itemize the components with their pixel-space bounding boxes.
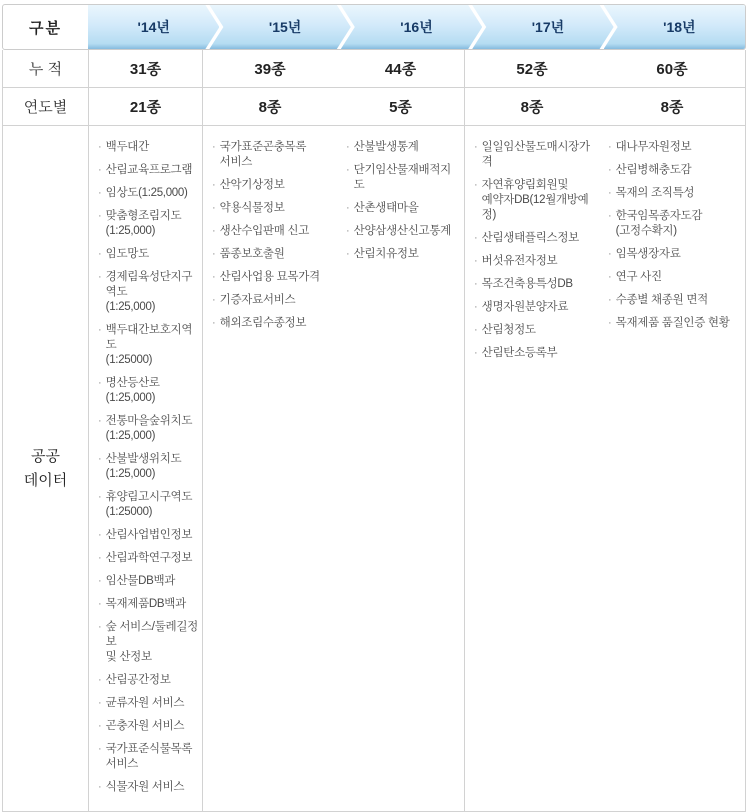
year-chevron-band: '14년'15년'16년'17년'18년 (88, 5, 745, 49)
list-item-text: 대나무자원정보 (616, 140, 692, 155)
list-item: ·수종별 채종원 면적 (608, 293, 741, 308)
list-item-text: 산림사업법인정보 (106, 528, 192, 543)
category-header-label: 구분 (29, 17, 62, 38)
bullet-icon: · (98, 490, 102, 505)
list-item-text: 산불발생위치도 (1:25,000) (106, 452, 182, 482)
list-item-text: 연구 사진 (616, 270, 662, 285)
list-item-text: 산림사업용 묘목가격 (220, 270, 320, 285)
bullet-icon: · (212, 201, 216, 216)
bullet-icon: · (212, 247, 216, 262)
list-item: ·산림치유정보 (346, 247, 460, 262)
yearly-value: 8종 (465, 88, 599, 125)
bullet-icon: · (98, 247, 102, 262)
yearly-value: 5종 (337, 88, 465, 125)
data-column-15: ·국가표준곤충목록 서비스·산악기상정보·약용식물정보·생산수입판매 신고·품종… (203, 126, 337, 811)
bullet-icon: · (98, 528, 102, 543)
bullet-icon: · (98, 186, 102, 201)
bullet-icon: · (346, 201, 350, 216)
bullet-icon: · (346, 224, 350, 239)
list-item-text: 식물자원 서비스 (106, 780, 185, 795)
cumulative-label: 누 적 (3, 50, 89, 87)
bullet-icon: · (98, 270, 102, 285)
bullet-icon: · (474, 300, 478, 315)
list-item-text: 산양삼생산신고통계 (354, 224, 451, 239)
public-data-row: 공공 데이터 ·백두대간·산림교육프로그램·임상도(1:25,000)·맞춤형조… (3, 125, 745, 811)
list-item-text: 산촌생태마을 (354, 201, 419, 216)
yearly-value: 21종 (89, 88, 203, 125)
list-item: ·식물자원 서비스 (98, 780, 198, 795)
list-item-text: 목조건축용특성DB (482, 277, 573, 292)
data-column-14: ·백두대간·산림교육프로그램·임상도(1:25,000)·맞춤형조림지도 (1:… (89, 126, 203, 811)
list-item-text: 명산등산로 (1:25,000) (106, 376, 160, 406)
header-row: 구분 '14년'15년'16년'17년'18년 (2, 4, 746, 50)
list-item: ·명산등산로 (1:25,000) (98, 376, 198, 406)
list-item: ·목재제품 품질인증 현황 (608, 316, 741, 331)
bullet-icon: · (608, 293, 612, 308)
list-item-text: 수종별 채종원 면적 (616, 293, 708, 308)
list-item: ·백두대간보호지역도 (1:25000) (98, 323, 198, 368)
yearly-row: 연도별 21종8종5종8종8종 (3, 87, 745, 125)
list-item: ·산림생태플릭스정보 (474, 231, 595, 246)
bullet-icon: · (474, 140, 478, 155)
bullet-icon: · (474, 346, 478, 361)
list-item: ·산양삼생산신고통계 (346, 224, 460, 239)
cumulative-value: 39종 (203, 50, 337, 87)
list-item: ·산악기상정보 (212, 178, 333, 193)
list-item-text: 단기임산물재배적지도 (354, 163, 460, 193)
list-item-text: 목재제품DB백과 (106, 597, 186, 612)
list-item: ·자연휴양림회원및 예약자DB(12월개방예정) (474, 178, 595, 223)
bullet-icon: · (346, 247, 350, 262)
bullet-icon: · (608, 186, 612, 201)
list-item: ·기증자료서비스 (212, 293, 333, 308)
list-item-text: 임도망도 (106, 247, 149, 262)
list-item: ·임산물DB백과 (98, 574, 198, 589)
data-column-17: ·일일임산물도매시장가격·자연휴양림회원및 예약자DB(12월개방예정)·산림생… (465, 126, 599, 811)
list-item: ·균류자원 서비스 (98, 696, 198, 711)
list-item: ·산림공간정보 (98, 673, 198, 688)
bullet-icon: · (212, 178, 216, 193)
list-item: ·연구 사진 (608, 270, 741, 285)
bullet-icon: · (608, 316, 612, 331)
list-item: ·산불발생위치도 (1:25,000) (98, 452, 198, 482)
list-item: ·숲 서비스/둘레길정보 및 산정보 (98, 620, 198, 665)
list-item-text: 백두대간 (106, 140, 149, 155)
list-item-text: 약용식물정보 (220, 201, 285, 216)
bullet-icon: · (346, 163, 350, 178)
list-item-text: 자연휴양림회원및 예약자DB(12월개방예정) (482, 178, 595, 223)
list-item: ·약용식물정보 (212, 201, 333, 216)
data-table: 누 적 31종39종44종52종60종 연도별 21종8종5종8종8종 공공 데… (2, 50, 746, 812)
bullet-icon: · (98, 414, 102, 429)
list-item-text: 품종보호출원 (220, 247, 285, 262)
bullet-icon: · (98, 140, 102, 155)
list-item-text: 산림치유정보 (354, 247, 419, 262)
list-item: ·산림사업용 묘목가격 (212, 270, 333, 285)
year-chevron: '14년 (88, 5, 219, 49)
list-item-text: 국가표준곤충목록 서비스 (220, 140, 306, 170)
list-item: ·목재제품DB백과 (98, 597, 198, 612)
list-item: ·임도망도 (98, 247, 198, 262)
list-item-text: 일일임산물도매시장가격 (482, 140, 595, 170)
list-item-text: 생산수입판매 신고 (220, 224, 309, 239)
bullet-icon: · (608, 209, 612, 224)
list-item-text: 임산물DB백과 (106, 574, 175, 589)
list-item: ·해외조림수종정보 (212, 316, 333, 331)
list-item-text: 임상도(1:25,000) (106, 186, 188, 201)
cumulative-value: 31종 (89, 50, 203, 87)
list-item: ·경제림육성단지구역도 (1:25,000) (98, 270, 198, 315)
list-item: ·한국임목종자도감 (고정수확지) (608, 209, 741, 239)
public-data-board: 구분 '14년'15년'16년'17년'18년 누 적 31종39종44종52종… (2, 4, 746, 812)
cumulative-row: 누 적 31종39종44종52종60종 (3, 50, 745, 87)
list-item-text: 산불발생통계 (354, 140, 419, 155)
bullet-icon: · (474, 254, 478, 269)
cumulative-value: 60종 (599, 50, 745, 87)
list-item: ·곤충자원 서비스 (98, 719, 198, 734)
bullet-icon: · (98, 574, 102, 589)
list-item-text: 산림교육프로그램 (106, 163, 192, 178)
list-item-text: 전통마을숲위치도 (1:25,000) (106, 414, 192, 444)
bullet-icon: · (212, 293, 216, 308)
list-item-text: 임목생장자료 (616, 247, 681, 262)
list-item: ·휴양림고시구역도 (1:25000) (98, 490, 198, 520)
bullet-icon: · (98, 551, 102, 566)
list-item-text: 곤충자원 서비스 (106, 719, 185, 734)
list-item: ·생명자원분양자료 (474, 300, 595, 315)
list-item-text: 해외조림수종정보 (220, 316, 306, 331)
list-item: ·버섯유전자정보 (474, 254, 595, 269)
bullet-icon: · (608, 270, 612, 285)
list-item-text: 한국임목종자도감 (고정수확지) (616, 209, 702, 239)
list-item-text: 생명자원분양자료 (482, 300, 568, 315)
bullet-icon: · (98, 452, 102, 467)
list-item-text: 산림병해충도감 (616, 163, 692, 178)
list-item-text: 산림청정도 (482, 323, 536, 338)
bullet-icon: · (98, 696, 102, 711)
list-item-text: 목재의 조직특성 (616, 186, 695, 201)
list-item-text: 국가표준식물목록 서비스 (106, 742, 192, 772)
list-item-text: 산악기상정보 (220, 178, 285, 193)
year-chevron: '15년 (209, 5, 350, 49)
list-item: ·맞춤형조림지도 (1:25,000) (98, 209, 198, 239)
bullet-icon: · (98, 209, 102, 224)
year-chevron: '17년 (472, 5, 613, 49)
year-chevron: '18년 (604, 5, 745, 49)
list-item-text: 휴양림고시구역도 (1:25000) (106, 490, 192, 520)
list-item: ·단기임산물재배적지도 (346, 163, 460, 193)
list-item: ·목조건축용특성DB (474, 277, 595, 292)
public-data-label: 공공 데이터 (3, 126, 89, 811)
yearly-value: 8종 (203, 88, 337, 125)
list-item: ·산불발생통계 (346, 140, 460, 155)
bullet-icon: · (608, 163, 612, 178)
list-item: ·국가표준곤충목록 서비스 (212, 140, 333, 170)
bullet-icon: · (212, 224, 216, 239)
list-item-text: 백두대간보호지역도 (1:25000) (106, 323, 198, 368)
bullet-icon: · (98, 376, 102, 391)
list-item: ·산림청정도 (474, 323, 595, 338)
list-item: ·임목생장자료 (608, 247, 741, 262)
bullet-icon: · (608, 247, 612, 262)
list-item-text: 산림공간정보 (106, 673, 171, 688)
list-item-text: 맞춤형조림지도 (1:25,000) (106, 209, 182, 239)
list-item: ·목재의 조직특성 (608, 186, 741, 201)
bullet-icon: · (212, 316, 216, 331)
list-item: ·산림병해충도감 (608, 163, 741, 178)
bullet-icon: · (98, 620, 102, 635)
list-item: ·산림과학연구정보 (98, 551, 198, 566)
bullet-icon: · (98, 163, 102, 178)
bullet-icon: · (474, 323, 478, 338)
list-item-text: 숲 서비스/둘레길정보 및 산정보 (106, 620, 198, 665)
bullet-icon: · (98, 719, 102, 734)
list-item-text: 산림과학연구정보 (106, 551, 192, 566)
bullet-icon: · (212, 140, 216, 155)
list-item: ·품종보호출원 (212, 247, 333, 262)
yearly-value: 8종 (599, 88, 745, 125)
bullet-icon: · (474, 277, 478, 292)
list-item-text: 균류자원 서비스 (106, 696, 185, 711)
list-item: ·대나무자원정보 (608, 140, 741, 155)
list-item: ·임상도(1:25,000) (98, 186, 198, 201)
bullet-icon: · (98, 323, 102, 338)
data-column-16: ·산불발생통계·단기임산물재배적지도·산촌생태마을·산양삼생산신고통계·산림치유… (337, 126, 465, 811)
list-item: ·산림교육프로그램 (98, 163, 198, 178)
bullet-icon: · (98, 742, 102, 757)
list-item: ·산림탄소등록부 (474, 346, 595, 361)
list-item: ·백두대간 (98, 140, 198, 155)
bullet-icon: · (474, 231, 478, 246)
list-item-text: 산림생태플릭스정보 (482, 231, 579, 246)
list-item-text: 버섯유전자정보 (482, 254, 558, 269)
bullet-icon: · (346, 140, 350, 155)
year-chevron: '16년 (341, 5, 482, 49)
list-item: ·일일임산물도매시장가격 (474, 140, 595, 170)
list-item: ·산림사업법인정보 (98, 528, 198, 543)
data-column-18: ·대나무자원정보·산림병해충도감·목재의 조직특성·한국임목종자도감 (고정수확… (599, 126, 745, 811)
bullet-icon: · (98, 597, 102, 612)
list-item-text: 목재제품 품질인증 현황 (616, 316, 730, 331)
bullet-icon: · (608, 140, 612, 155)
list-item-text: 산림탄소등록부 (482, 346, 558, 361)
bullet-icon: · (474, 178, 478, 193)
list-item-text: 기증자료서비스 (220, 293, 296, 308)
list-item: ·국가표준식물목록 서비스 (98, 742, 198, 772)
list-item: ·산촌생태마을 (346, 201, 460, 216)
yearly-label: 연도별 (3, 88, 89, 125)
bullet-icon: · (98, 780, 102, 795)
category-header-cell: 구분 (3, 5, 88, 49)
list-item: ·전통마을숲위치도 (1:25,000) (98, 414, 198, 444)
cumulative-value: 44종 (337, 50, 465, 87)
list-item-text: 경제림육성단지구역도 (1:25,000) (106, 270, 198, 315)
bullet-icon: · (98, 673, 102, 688)
list-item: ·생산수입판매 신고 (212, 224, 333, 239)
bullet-icon: · (212, 270, 216, 285)
cumulative-value: 52종 (465, 50, 599, 87)
